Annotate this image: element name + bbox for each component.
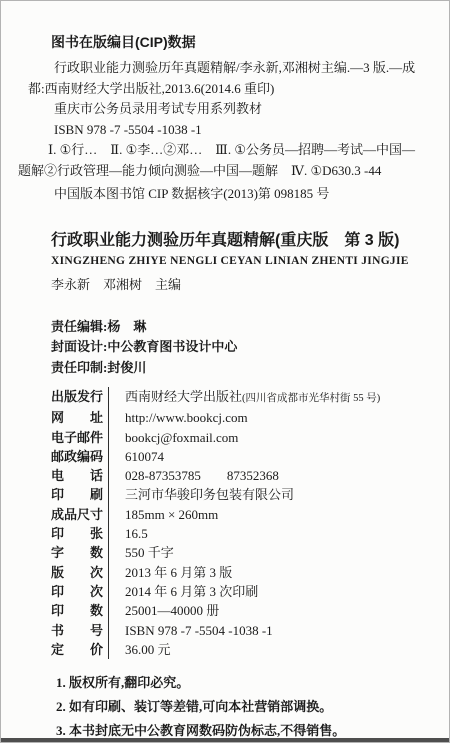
legal-note-item: 3. 本书封底无中公教育网数码防伪标志,不得销售。 bbox=[56, 723, 425, 738]
page-scan-bottom-edge bbox=[1, 738, 449, 742]
pubinfo-row-value: 2013 年 6 月第 3 版 bbox=[108, 563, 425, 582]
print-supervisor-line: 责任印制:封俊川 bbox=[51, 358, 425, 379]
pubinfo-row-value: 2014 年 6 月第 3 次印刷 bbox=[108, 582, 425, 601]
pubinfo-row: 邮政编码 610074 bbox=[28, 447, 425, 466]
pubinfo-row: 字 数 550 千字 bbox=[28, 543, 425, 562]
pubinfo-row: 版 次 2013 年 6 月第 3 版 bbox=[28, 563, 425, 582]
pubinfo-row: 成品尺寸 185mm × 260mm bbox=[28, 505, 425, 524]
pubinfo-row-value: 36.00 元 bbox=[108, 640, 425, 659]
cip-series-line: 重庆市公务员录用考试专用系列教材 bbox=[54, 99, 425, 120]
cip-heading: 图书在版编目(CIP)数据 bbox=[51, 33, 425, 51]
pubinfo-row-value: 610074 bbox=[108, 447, 425, 466]
pubinfo-row: 书 号 ISBN 978 -7 -5504 -1038 -1 bbox=[28, 621, 425, 640]
book-title: 行政职业能力测验历年真题精解(重庆版 第 3 版) bbox=[51, 231, 425, 251]
book-copyright-page: 图书在版编目(CIP)数据 行政职业能力测验历年真题精解/李永新,邓湘树主编.—… bbox=[0, 0, 450, 743]
legal-note-item: 2. 如有印刷、装订等差错,可向本社营销部调换。 bbox=[56, 699, 425, 714]
pubinfo-row-label: 版 次 bbox=[51, 563, 108, 582]
legal-notes: 1. 版权所有,翻印必究。 2. 如有印刷、装订等差错,可向本社营销部调换。 3… bbox=[56, 675, 425, 738]
pubinfo-row-label: 字 数 bbox=[51, 543, 108, 562]
pubinfo-row-label: 电子邮件 bbox=[51, 428, 108, 447]
pubinfo-row-label: 成品尺寸 bbox=[51, 505, 108, 524]
pubinfo-row: 电 话 028-87353785 87352368 bbox=[28, 466, 425, 485]
cip-isbn-line: ISBN 978 -7 -5504 -1038 -1 bbox=[54, 120, 425, 141]
staff-credits: 责任编辑:杨 琳 封面设计:中公教育图书设计中心 责任印制:封俊川 bbox=[51, 317, 425, 379]
cip-classification-line-1: Ⅰ. ①行… Ⅱ. ①李…②邓… Ⅲ. ①公务员—招聘—考试—中国— bbox=[48, 140, 425, 161]
pubinfo-row-value: ISBN 978 -7 -5504 -1038 -1 bbox=[108, 621, 425, 640]
pubinfo-row-label: 邮政编码 bbox=[51, 447, 108, 466]
pubinfo-row-label: 书 号 bbox=[51, 621, 108, 640]
pubinfo-row: 电子邮件 bookcj@foxmail.com bbox=[28, 428, 425, 447]
cip-description-line-2: 都:西南财经大学出版社,2013.6(2014.6 重印) bbox=[28, 79, 425, 100]
cip-description-line-1: 行政职业能力测验历年真题精解/李永新,邓湘树主编.—3 版.—成 bbox=[54, 58, 425, 79]
pubinfo-row: 印 刷 三河市华骏印务包装有限公司 bbox=[28, 485, 425, 504]
pubinfo-row-label: 印 次 bbox=[51, 582, 108, 601]
publication-info-table: 出版发行 西南财经大学出版社(四川省成都市光华村街 55 号) 网 址 http… bbox=[28, 387, 425, 659]
cip-classification-line-2: 题解②行政管理—能力倾向测验—中国—题解 Ⅳ. ①D630.3 -44 bbox=[18, 161, 425, 182]
pubinfo-row-label: 定 价 bbox=[51, 640, 108, 659]
pubinfo-row-label: 印 张 bbox=[51, 524, 108, 543]
pubinfo-row-value: 西南财经大学出版社(四川省成都市光华村街 55 号) bbox=[108, 387, 425, 408]
pubinfo-row-value: 185mm × 260mm bbox=[108, 505, 425, 524]
pubinfo-row: 印 次 2014 年 6 月第 3 次印刷 bbox=[28, 582, 425, 601]
legal-note-item: 1. 版权所有,翻印必究。 bbox=[56, 675, 425, 690]
pubinfo-row-note: (四川省成都市光华村街 55 号) bbox=[242, 393, 380, 404]
pubinfo-row-label: 出版发行 bbox=[51, 387, 108, 408]
pubinfo-row-value: 16.5 bbox=[108, 524, 425, 543]
book-title-pinyin: XINGZHENG ZHIYE NENGLI CEYAN LINIAN ZHEN… bbox=[51, 255, 425, 267]
authors-line: 李永新 邓湘树 主编 bbox=[51, 274, 425, 293]
pubinfo-row-value: 三河市华骏印务包装有限公司 bbox=[108, 485, 425, 504]
pubinfo-row-label: 网 址 bbox=[51, 408, 108, 427]
pubinfo-row: 印 数 25001—40000 册 bbox=[28, 601, 425, 620]
cip-record-number-line: 中国版本图书馆 CIP 数据核字(2013)第 098185 号 bbox=[54, 184, 425, 205]
cip-section: 图书在版编目(CIP)数据 行政职业能力测验历年真题精解/李永新,邓湘树主编.—… bbox=[28, 33, 425, 205]
pubinfo-row-value: 25001—40000 册 bbox=[108, 601, 425, 620]
pubinfo-row-label: 印 刷 bbox=[51, 485, 108, 504]
pubinfo-row: 印 张 16.5 bbox=[28, 524, 425, 543]
pubinfo-row: 网 址 http://www.bookcj.com bbox=[28, 408, 425, 427]
pubinfo-row-value: 028-87353785 87352368 bbox=[108, 466, 425, 485]
pubinfo-row: 定 价 36.00 元 bbox=[28, 640, 425, 659]
pubinfo-row-label: 电 话 bbox=[51, 466, 108, 485]
editor-credit-line: 责任编辑:杨 琳 bbox=[51, 317, 425, 338]
pubinfo-row: 出版发行 西南财经大学出版社(四川省成都市光华村街 55 号) bbox=[28, 387, 425, 408]
pubinfo-row-value: 550 千字 bbox=[108, 543, 425, 562]
cover-design-credit-line: 封面设计:中公教育图书设计中心 bbox=[51, 337, 425, 358]
title-block: 行政职业能力测验历年真题精解(重庆版 第 3 版) XINGZHENG ZHIY… bbox=[51, 231, 425, 293]
pubinfo-row-value: http://www.bookcj.com bbox=[108, 408, 425, 427]
pubinfo-row-label: 印 数 bbox=[51, 601, 108, 620]
pubinfo-row-value: bookcj@foxmail.com bbox=[108, 428, 425, 447]
